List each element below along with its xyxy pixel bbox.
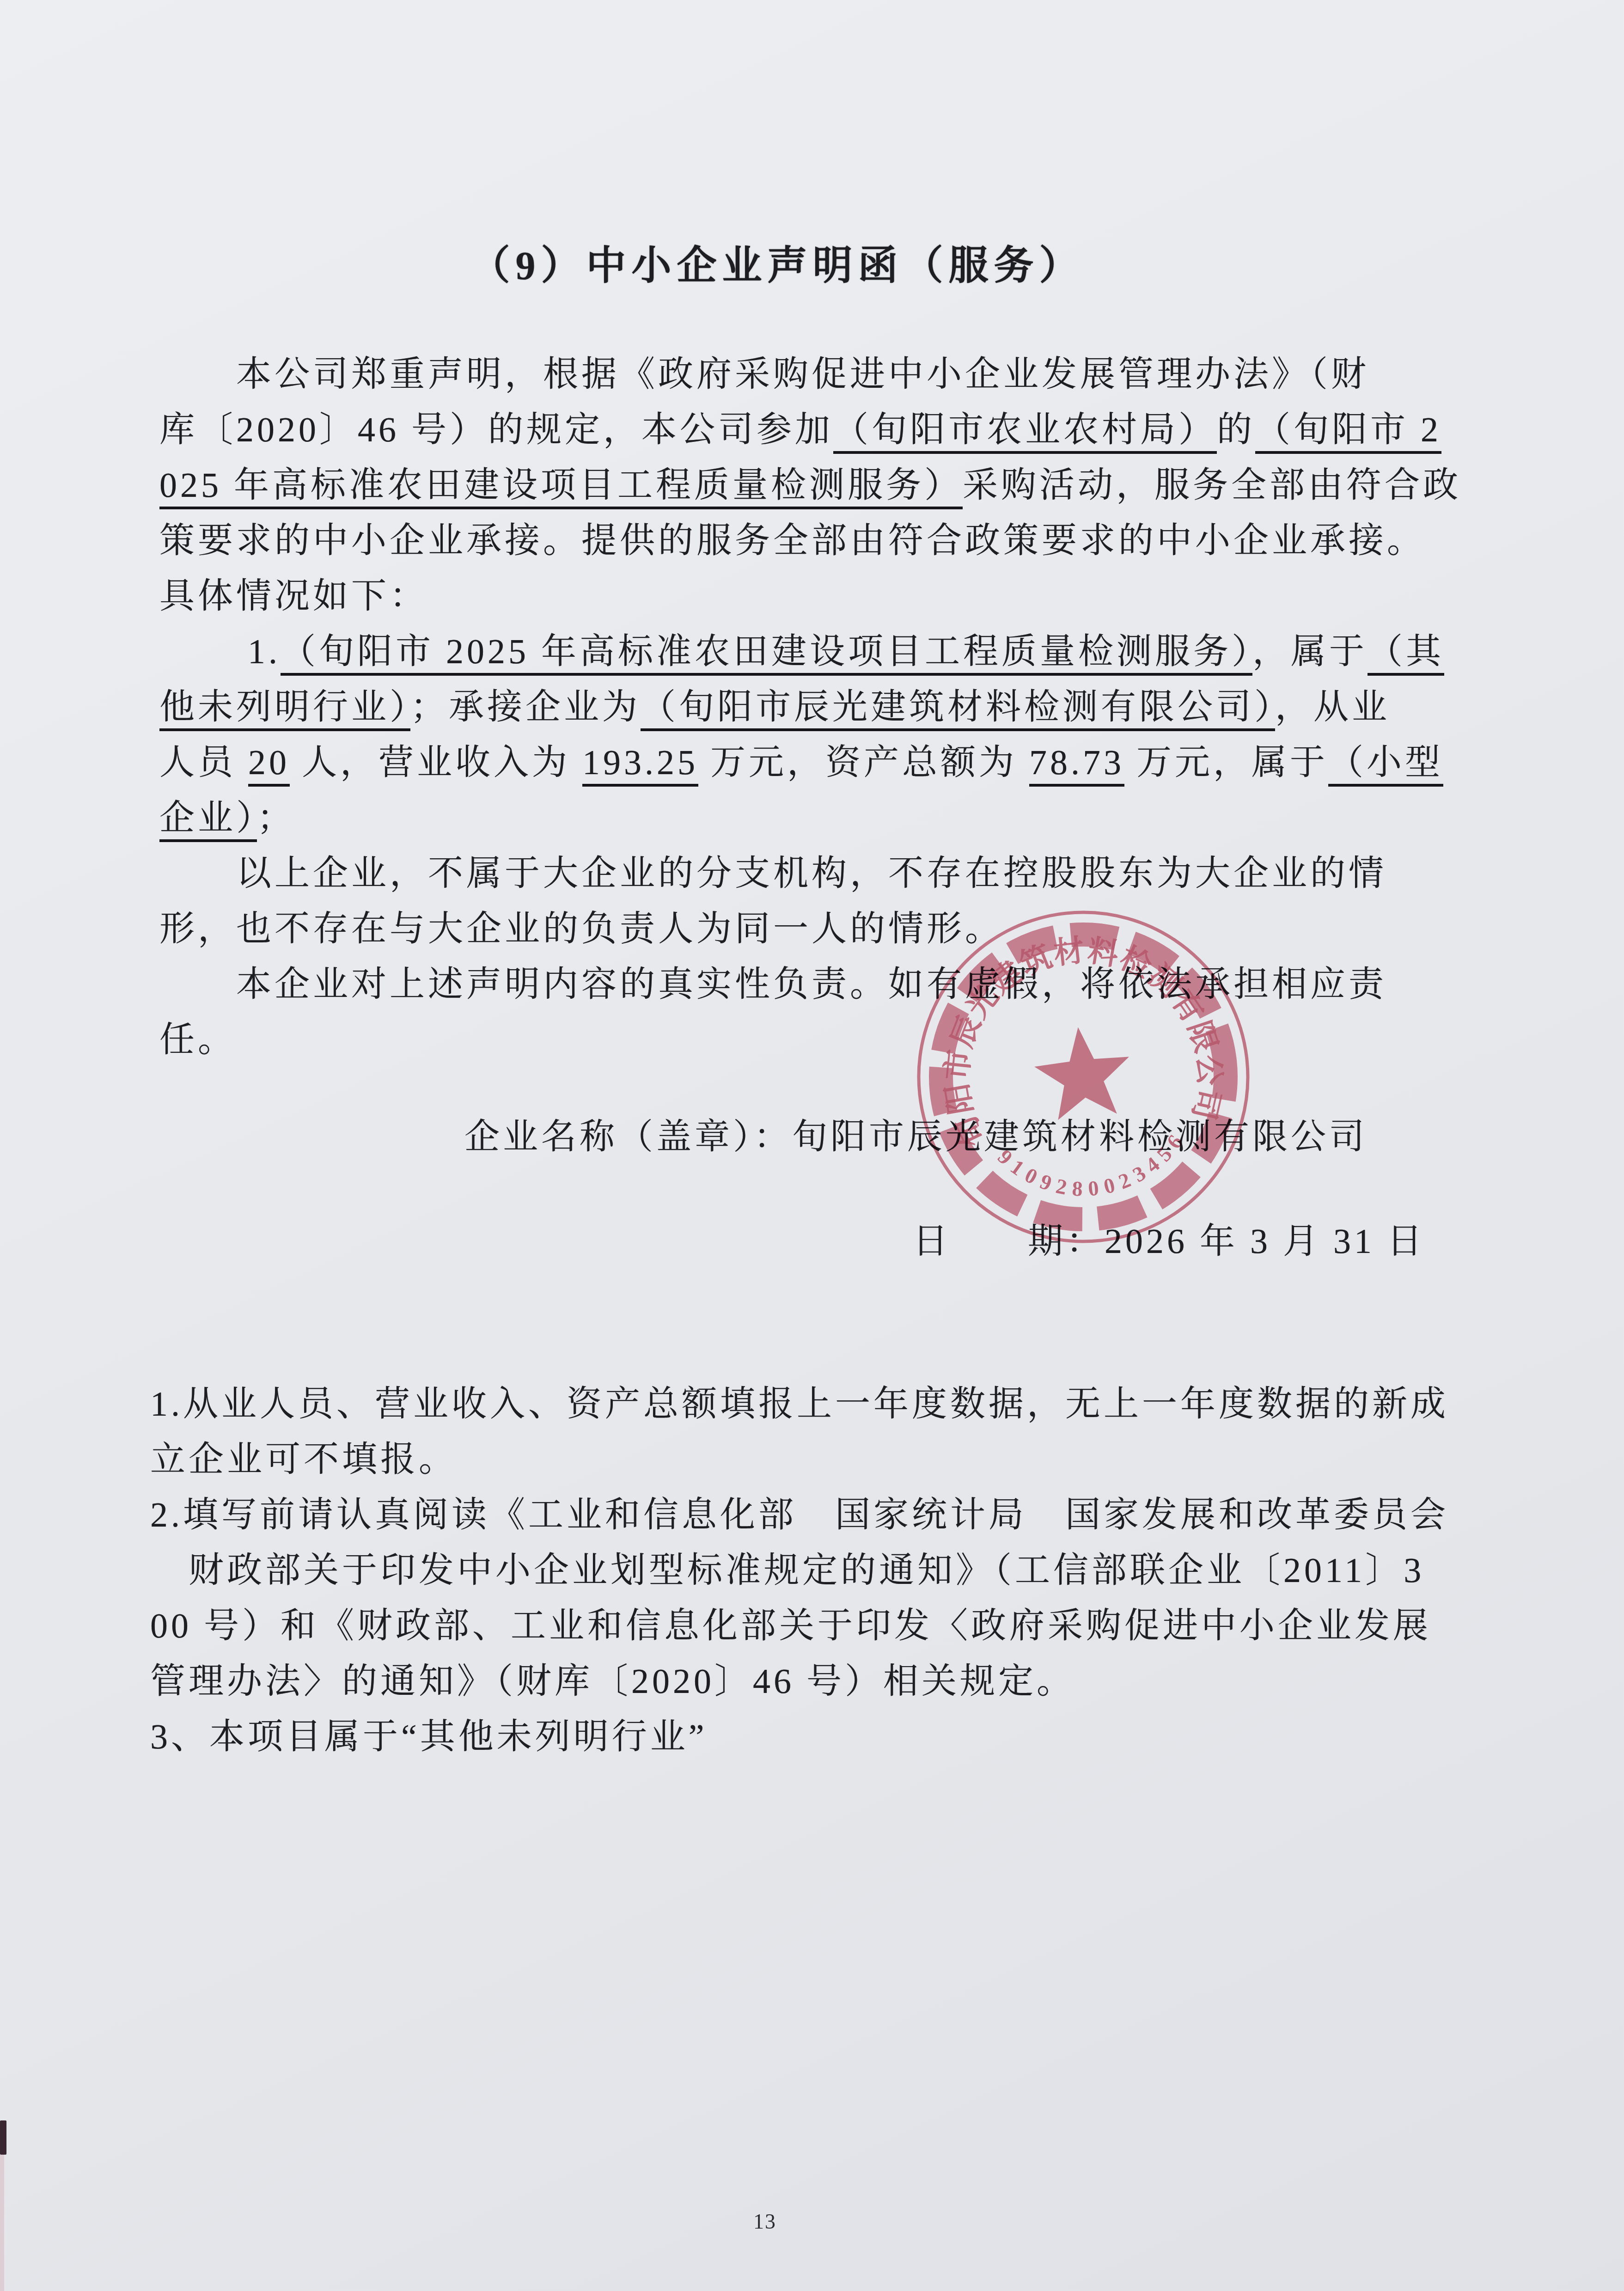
page-number: 13 [753,2209,776,2234]
text-run: ；承接企业为 [410,688,641,727]
note-line: 1.从业人员、营业收入、资产总额填报上一年度数据，无上一年度数据的新成 [150,1376,1472,1432]
text-run: 3、本项目属于“其他未列明行业” [150,1717,707,1756]
note-line: 管理办法〉的通知》（财库〔2020〕46 号）相关规定。 [150,1654,1472,1709]
body-line: 策要求的中小企业承接。提供的服务全部由符合政策要求的中小企业承接。 [159,513,1472,568]
text-run: ； [257,799,295,837]
underlined-text: 78.73 [1029,743,1124,787]
text-run: 2.填写前请认真阅读《工业和信息化部 国家统计局 国家发展和改革委员会 [150,1496,1449,1534]
underlined-text: 20 [248,743,290,787]
body-line: 本企业对上述声明内容的真实性负责。如有虚假，将依法承担相应责 [159,957,1472,1012]
company-stamp: 旬阳市辰光建筑材料检测有限公司 9109280023456 [898,892,1268,1262]
underlined-text: 企业） [159,799,257,842]
text-run: 1. [248,632,281,671]
underlined-text: 他未列明行业） [159,688,410,731]
note-line: 财政部关于印发中小企业划型标准规定的通知》（工信部联企业〔2011〕3 [150,1543,1472,1598]
body-line: 形，也不存在与大企业的负责人为同一人的情形。 [159,901,1472,957]
text-run: 具体情况如下： [159,577,428,616]
text-run: 本公司郑重声明，根据《政府采购促进中小企业发展管理办法》（财 [236,355,1369,394]
text-run: 人，营业收入为 [290,743,582,782]
body-line: 库〔2020〕46 号）的规定，本公司参加（旬阳市农业农村局）的（旬阳市 2 [159,402,1472,458]
text-run: 财政部关于印发中小企业划型标准规定的通知》（工信部联企业〔2011〕3 [189,1551,1424,1590]
body-line: 企业）； [159,790,1472,846]
body-line: 以上企业，不属于大企业的分支机构，不存在控股股东为大企业的情 [159,846,1472,901]
underlined-text: （旬阳市 2 [1255,410,1441,454]
body-line: 他未列明行业）；承接企业为（旬阳市辰光建筑材料检测有限公司），从业 [159,679,1472,735]
star-icon [1031,1022,1135,1122]
document-page: （9）中小企业声明函（服务） 本公司郑重声明，根据《政府采购促进中小企业发展管理… [0,0,1624,2291]
text-run: 00 号）和《财政部、工业和信息化部关于印发〈政府采购促进中小企业发展 [150,1607,1431,1645]
text-run: 万元，资产总额为 [698,743,1029,782]
text-run: 管理办法〉的通知》（财库〔2020〕46 号）相关规定。 [150,1662,1075,1701]
text-run: ，属于 [1252,632,1368,671]
note-line: 立企业可不填报。 [150,1432,1472,1487]
paper-edge-streak [0,2155,4,2291]
body-line: 1.（旬阳市 2025 年高标准农田建设项目工程质量检测服务），属于（其 [159,624,1472,679]
underlined-text: （小型 [1328,743,1443,787]
underlined-text: （旬阳市辰光建筑材料检测有限公司） [641,688,1275,731]
underlined-text: 025 年高标准农田建设项目工程质量检测服务） [159,466,963,509]
underlined-text: （其 [1368,632,1444,676]
company-signature-label: 企业名称（盖章）： [464,1118,792,1156]
underlined-text: （旬阳市 2025 年高标准农田建设项目工程质量检测服务） [281,632,1252,676]
text-run: 以上企业，不属于大企业的分支机构，不存在控股股东为大企业的情 [236,854,1387,893]
footnotes: 1.从业人员、营业收入、资产总额填报上一年度数据，无上一年度数据的新成立企业可不… [150,1376,1472,1765]
text-run: 采购活动，服务全部由符合政 [963,466,1461,505]
text-run: 策要求的中小企业承接。提供的服务全部由符合政策要求的中小企业承接。 [159,521,1425,560]
body-line: 025 年高标准农田建设项目工程质量检测服务）采购活动，服务全部由符合政 [159,458,1472,513]
underlined-text: 193.25 [582,743,698,787]
text-run: 立企业可不填报。 [150,1440,457,1479]
body-line: 任。 [159,1012,1472,1068]
body-line: 人员 20 人，营业收入为 193.25 万元，资产总额为 78.73 万元，属… [159,735,1472,790]
note-line: 3、本项目属于“其他未列明行业” [150,1709,1472,1765]
body-line: 具体情况如下： [159,568,1472,624]
text-run: 人员 [159,743,248,782]
declaration-body: 本公司郑重声明，根据《政府采购促进中小企业发展管理办法》（财库〔2020〕46 … [159,347,1472,1068]
note-line: 2.填写前请认真阅读《工业和信息化部 国家统计局 国家发展和改革委员会 [150,1487,1472,1543]
text-run: 1.从业人员、营业收入、资产总额填报上一年度数据，无上一年度数据的新成 [150,1385,1449,1423]
text-run: 形，也不存在与大企业的负责人为同一人的情形。 [159,910,1003,948]
text-run: 任。 [159,1020,236,1059]
text-run: 万元，属于 [1124,743,1328,782]
paper-edge-artifact [0,2120,6,2155]
underlined-text: （旬阳市农业农村局） [833,410,1217,454]
text-run: 的 [1217,410,1255,449]
text-run: 库〔2020〕46 号）的规定，本公司参加 [159,410,833,449]
body-line: 本公司郑重声明，根据《政府采购促进中小企业发展管理办法》（财 [159,347,1472,402]
page-title: （9）中小企业声明函（服务） [0,237,1555,295]
note-line: 00 号）和《财政部、工业和信息化部关于印发〈政府采购促进中小企业发展 [150,1598,1472,1654]
text-run: ，从业 [1275,688,1390,727]
